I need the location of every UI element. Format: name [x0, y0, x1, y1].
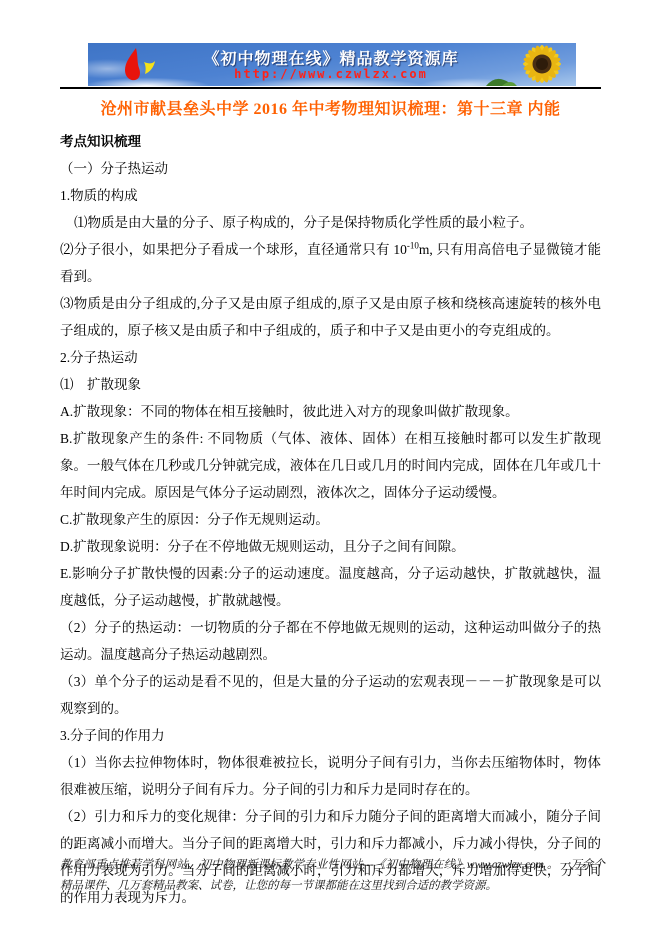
banner-site-title: 《初中物理在线》精品教学资源库 [178, 46, 484, 69]
paragraph: 1.物质的构成 [60, 182, 601, 209]
paragraph: 考点知识梳理 [60, 128, 601, 155]
footer-note: 教育部重点推荐学科网站、初中物理新课标教学专业性网站---《初中物理在线》www… [60, 855, 605, 897]
paragraph: ⑶物质是由分子组成的,分子又是由原子组成的,原子又是由原子核和绕核高速旋转的核外… [60, 290, 601, 344]
paragraph: 2.分子热运动 [60, 344, 601, 371]
paragraph: （一）分子热运动 [60, 155, 601, 182]
paragraph: B.扩散现象产生的条件: 不同物质（气体、液体、固体）在相互接触时都可以发生扩散… [60, 425, 601, 506]
paragraph: （3）单个分子的运动是看不见的，但是大量的分子运动的宏观表现－－－扩散现象是可以… [60, 668, 601, 722]
document-title: 沧州市献县垒头中学 2016 年中考物理知识梳理：第十三章 内能 [60, 96, 601, 119]
paragraph: ⑴ 扩散现象 [60, 371, 601, 398]
paragraph: E.影响分子扩散快慢的因素:分子的运动速度。温度越高，分子运动越快，扩散就越快，… [60, 560, 601, 614]
sunflower-icon [484, 45, 576, 86]
paragraph: A.扩散现象：不同的物体在相互接触时，彼此进入对方的现象叫做扩散现象。 [60, 398, 601, 425]
document-page: 《初中物理在线》精品教学资源库 http://www.czwlzx.com [0, 0, 661, 936]
site-logo-icon [120, 47, 168, 86]
banner-text-block: 《初中物理在线》精品教学资源库 http://www.czwlzx.com [178, 46, 484, 81]
paragraph: ⑴物质是由大量的分子、原子构成的，分子是保持物质化学性质的最小粒子。 [60, 209, 601, 236]
paragraph: ⑵分子很小，如果把分子看成一个球形，直径通常只有 10-10m, 只有用高倍电子… [60, 236, 601, 290]
paragraph: D.扩散现象说明：分子在不停地做无规则运动，且分子之间有间隙。 [60, 533, 601, 560]
banner-site-url: http://www.czwlzx.com [178, 67, 484, 81]
header-divider [60, 87, 601, 89]
paragraph: 3.分子间的作用力 [60, 722, 601, 749]
document-body: 考点知识梳理（一）分子热运动1.物质的构成⑴物质是由大量的分子、原子构成的，分子… [60, 128, 601, 911]
paragraph: C.扩散现象产生的原因：分子作无规则运动。 [60, 506, 601, 533]
paragraph: （1）当你去拉伸物体时，物体很难被拉长，说明分子间有引力，当你去压缩物体时，物体… [60, 749, 601, 803]
paragraph: （2）分子的热运动：一切物质的分子都在不停地做无规则的运动，这种运动叫做分子的热… [60, 614, 601, 668]
site-banner: 《初中物理在线》精品教学资源库 http://www.czwlzx.com [88, 43, 576, 86]
